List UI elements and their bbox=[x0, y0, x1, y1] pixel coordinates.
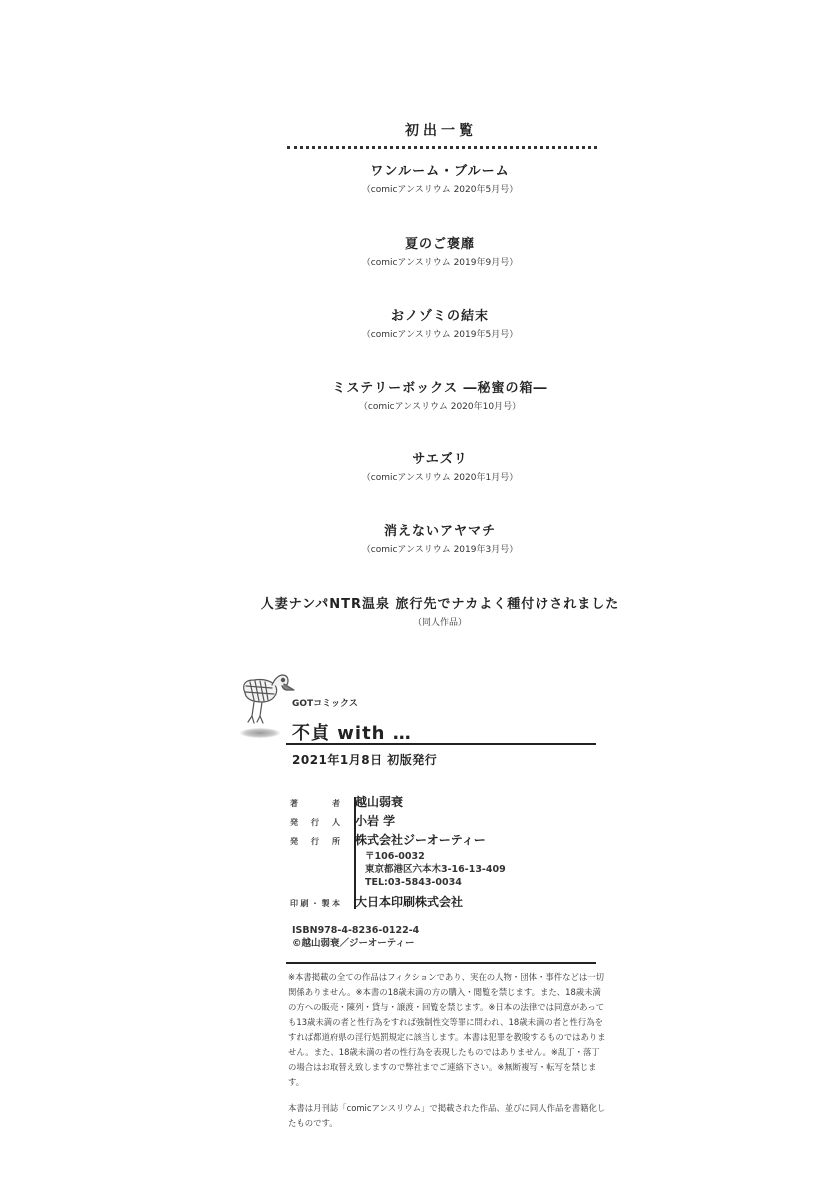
book-title: 不貞 with … bbox=[292, 719, 412, 745]
isbn-block: ISBN978-4-8236-0122-4 ©越山弱衰／ジーオーティー bbox=[292, 924, 419, 950]
street-address: 東京都港区六本木3-16-13-409 bbox=[365, 863, 600, 876]
telephone: TEL:03-5843-0034 bbox=[365, 876, 600, 889]
entry-title: サエズリ bbox=[200, 448, 680, 467]
entry-source: （comicアンスリウム 2019年5月号） bbox=[200, 327, 680, 340]
title-rule bbox=[286, 743, 596, 745]
list-item: 夏のご褒靡 （comicアンスリウム 2019年9月号） bbox=[200, 233, 680, 268]
list-item: ミステリーボックス ―秘蜜の箱― （comicアンスリウム 2020年10月号） bbox=[200, 377, 680, 412]
entry-source: （同人作品） bbox=[200, 615, 680, 628]
entry-source: （comicアンスリウム 2020年1月号） bbox=[200, 470, 680, 483]
publisher-address: 〒106-0032 東京都港区六本木3-16-13-409 TEL:03-584… bbox=[290, 850, 600, 889]
list-item: 人妻ナンパNTR温泉 旅行先でナカよく種付けされました （同人作品） bbox=[200, 593, 680, 628]
postal-code: 〒106-0032 bbox=[365, 850, 600, 863]
entry-title: おノゾミの結末 bbox=[200, 305, 680, 324]
credit-label: 発行所 bbox=[290, 836, 346, 847]
credit-label: 発行人 bbox=[290, 817, 346, 828]
dotted-divider bbox=[287, 146, 597, 149]
copyright: ©越山弱衰／ジーオーティー bbox=[292, 937, 419, 950]
credit-row-author: 著 者 越山弱衰 bbox=[290, 793, 600, 812]
entry-title: ワンルーム・ブルーム bbox=[200, 160, 680, 179]
entry-source: （comicアンスリウム 2020年10月号） bbox=[200, 399, 680, 412]
credit-value: 越山弱衰 bbox=[346, 793, 403, 810]
publication-note: 本書は月刊誌「comicアンスリウム」で掲載された作品、並びに同人作品を書籍化し… bbox=[288, 1101, 606, 1131]
first-appearance-heading: 初出一覧 bbox=[285, 120, 597, 140]
entry-title: 消えないアヤマチ bbox=[200, 520, 680, 539]
entry-source: （comicアンスリウム 2020年5月号） bbox=[200, 182, 680, 195]
entry-title: 夏のご褒靡 bbox=[200, 233, 680, 252]
credit-row-publisher-company: 発行所 株式会社ジーオーティー bbox=[290, 831, 600, 850]
imprint-label: GOTコミックス bbox=[292, 696, 358, 709]
credit-label: 印刷・製本 bbox=[290, 898, 346, 909]
logo-shadow bbox=[240, 728, 280, 738]
credit-row-publisher-person: 発行人 小岩 学 bbox=[290, 812, 600, 831]
list-item: 消えないアヤマチ （comicアンスリウム 2019年3月号） bbox=[200, 520, 680, 555]
notice-rule bbox=[286, 962, 596, 964]
credits-block: 著 者 越山弱衰 発行人 小岩 学 発行所 株式会社ジーオーティー 〒106-0… bbox=[290, 793, 600, 912]
isbn: ISBN978-4-8236-0122-4 bbox=[292, 924, 419, 937]
publication-date: 2021年1月8日 初版発行 bbox=[292, 751, 437, 768]
entry-source: （comicアンスリウム 2019年9月号） bbox=[200, 255, 680, 268]
list-item: ワンルーム・ブルーム （comicアンスリウム 2020年5月号） bbox=[200, 160, 680, 195]
legal-notice: ※本書掲載の全ての作品はフィクションであり、実在の人物・団体・事件などは一切関係… bbox=[288, 970, 606, 1090]
bird-logo-icon bbox=[238, 672, 298, 732]
credit-value: 株式会社ジーオーティー bbox=[346, 831, 486, 848]
list-item: サエズリ （comicアンスリウム 2020年1月号） bbox=[200, 448, 680, 483]
credit-value: 大日本印刷株式会社 bbox=[346, 893, 463, 910]
entry-source: （comicアンスリウム 2019年3月号） bbox=[200, 542, 680, 555]
entry-title: 人妻ナンパNTR温泉 旅行先でナカよく種付けされました bbox=[200, 593, 680, 612]
credit-row-printer: 印刷・製本 大日本印刷株式会社 bbox=[290, 893, 600, 912]
credit-label: 著 者 bbox=[290, 798, 346, 809]
credit-value: 小岩 学 bbox=[346, 812, 395, 829]
list-item: おノゾミの結末 （comicアンスリウム 2019年5月号） bbox=[200, 305, 680, 340]
entry-title: ミステリーボックス ―秘蜜の箱― bbox=[200, 377, 680, 396]
